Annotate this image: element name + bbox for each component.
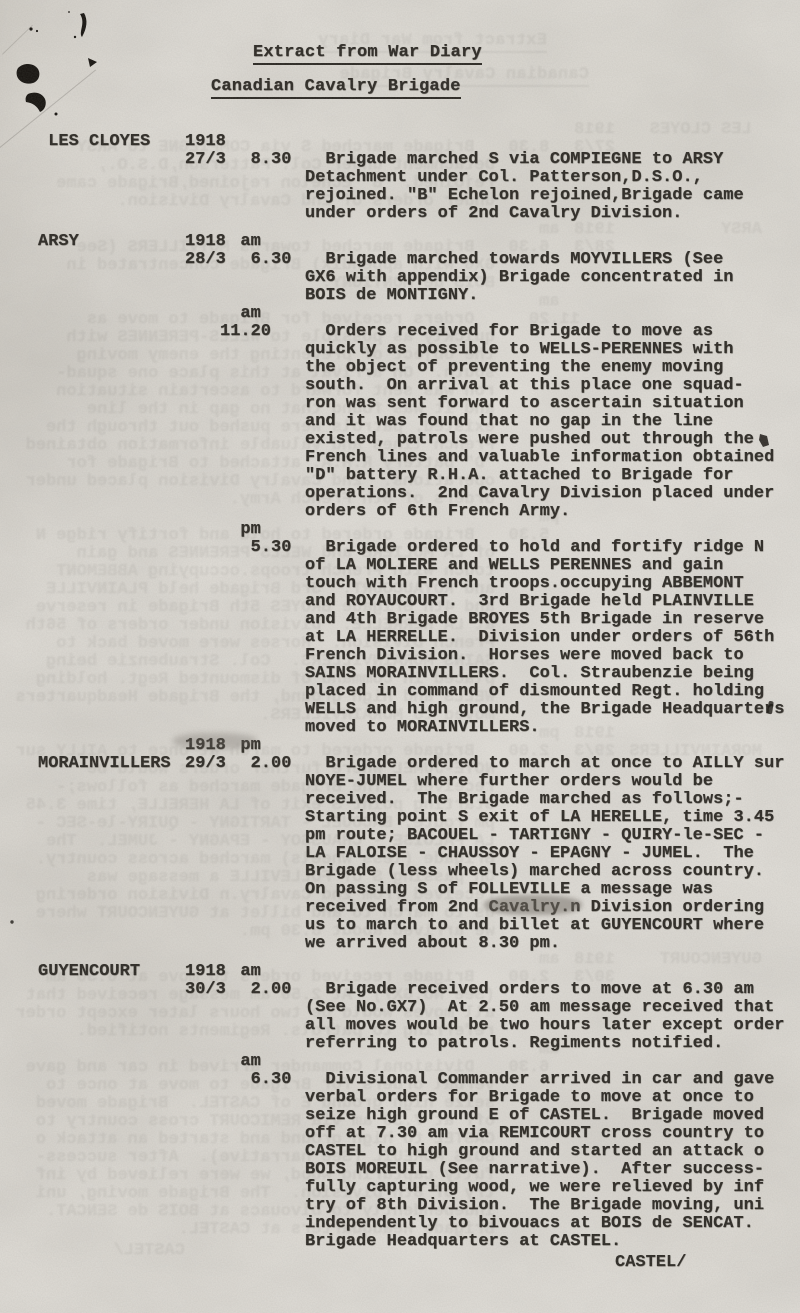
typewritten-text-layer: Extract from War Diary Canadian Cavalry … [0, 0, 800, 1313]
body-text: Brigade ordered to hold and fortify ridg… [305, 539, 764, 557]
diary-line: independently to bivouacs at BOIS de SEN… [0, 1215, 800, 1233]
catchword-footer: CASTEL/ [615, 1253, 686, 1272]
diary-line: On passing S of FOLLEVILLE a message was [0, 881, 800, 899]
body-text: south. On arrival at this place one squa… [305, 377, 744, 395]
body-text: WELLS and high ground, the Brigade Headq… [305, 701, 784, 719]
diary-line: received. The Brigade marched as follows… [0, 791, 800, 809]
diary-line: ARSY1918 am [0, 233, 800, 251]
body-text: CASTEL to high ground and started an att… [305, 1143, 764, 1161]
diary-line: am [0, 305, 800, 323]
diary-line: pm [0, 521, 800, 539]
diary-line: verbal orders for Brigade to move at onc… [0, 1089, 800, 1107]
diary-line: south. On arrival at this place one squa… [0, 377, 800, 395]
body-text: try of 8th Division. The Brigade moving,… [305, 1197, 764, 1215]
time-cell: 11.20 [220, 323, 271, 341]
diary-line: under orders of 2nd Cavalry Division. [0, 205, 800, 223]
date-cell: 1918 [185, 133, 226, 151]
body-text: French Division. Horses were moved back … [305, 647, 744, 665]
body-text: of LA MOLIERE and WELLS PERENNES and gai… [305, 557, 723, 575]
war-diary-page: Extract from War Diary Canadian Cavalry … [0, 0, 800, 1313]
diary-line: off at 7.30 am via REMICOURT cross count… [0, 1125, 800, 1143]
diary-line: 6.30 Divisional Commander arrived in car… [0, 1071, 800, 1089]
diary-line: 30/3 2.00 Brigade received orders to mov… [0, 981, 800, 999]
time-cell: 8.30 [220, 151, 291, 169]
diary-line: and ROYAUCOURT. 3rd Brigade held PLAINVI… [0, 593, 800, 611]
body-text: NOYE-JUMEL where further orders would be [305, 773, 713, 791]
diary-line: quickly as possible to WELLS-PERENNES wi… [0, 341, 800, 359]
body-text: off at 7.30 am via REMICOURT cross count… [305, 1125, 764, 1143]
diary-line: we arrived about 8.30 pm. [0, 935, 800, 953]
diary-line: 5.30 Brigade ordered to hold and fortify… [0, 539, 800, 557]
time-cell: pm [220, 521, 261, 539]
body-text: placed in command of dismounted Regt. ho… [305, 683, 764, 701]
body-text: ron was sent forward to ascertain situat… [305, 395, 744, 413]
diary-line: "D" battery R.H.A. attached to Brigade f… [0, 467, 800, 485]
diary-line: 11.20 Orders received for Brigade to mov… [0, 323, 800, 341]
body-text: seize high ground E of CASTEL. Brigade m… [305, 1107, 764, 1125]
body-text: existed, patrols were pushed out through… [305, 431, 754, 449]
body-text: the object of preventing the enemy movin… [305, 359, 723, 377]
diary-line: French Division. Horses were moved back … [0, 647, 800, 665]
diary-line: LES CLOYES1918 [0, 133, 800, 151]
body-text: French lines and valuable information ob… [305, 449, 774, 467]
diary-line: us to march to and billet at GUYENCOURT … [0, 917, 800, 935]
diary-line: seize high ground E of CASTEL. Brigade m… [0, 1107, 800, 1125]
body-text: received from 2nd Cavalry.n Division ord… [305, 899, 764, 917]
diary-line: GUYENCOURT1918 am [0, 963, 800, 981]
body-text: GX6 with appendix) Brigade concentrated … [305, 269, 733, 287]
body-text: under orders of 2nd Cavalry Division. [305, 205, 682, 223]
body-text: orders of 6th French Army. [305, 503, 570, 521]
body-text: moved to MORAINVILLERS. [305, 719, 540, 737]
document-title: Extract from War Diary [253, 43, 482, 65]
diary-line: and 4th Brigade BROYES 5th Brigade in re… [0, 611, 800, 629]
body-text: Divisional Commander arrived in car and … [305, 1071, 774, 1089]
body-text: all moves would be two hours later excep… [305, 1017, 784, 1035]
diary-line: Starting point S exit of LA HERELLE, tim… [0, 809, 800, 827]
body-text: Brigade received orders to move at 6.30 … [305, 981, 754, 999]
time-cell: 2.00 [220, 755, 291, 773]
diary-line: fully capturing wood, we were relieved b… [0, 1179, 800, 1197]
body-text: (See No.GX7) At 2.50 am message received… [305, 999, 774, 1017]
diary-line: BOIS de MONTIGNY. [0, 287, 800, 305]
body-text: SAINS MORAINVILLERS. Col. Straubenzie be… [305, 665, 754, 683]
body-text: and ROYAUCOURT. 3rd Brigade held PLAINVI… [305, 593, 754, 611]
body-text: touch with French troops.occupying ABBEM… [305, 575, 744, 593]
body-text: Starting point S exit of LA HERELLE, tim… [305, 809, 774, 827]
body-text: verbal orders for Brigade to move at onc… [305, 1089, 754, 1107]
body-text: "D" battery R.H.A. attached to Brigade f… [305, 467, 733, 485]
diary-line: moved to MORAINVILLERS. [0, 719, 800, 737]
diary-line: GX6 with appendix) Brigade concentrated … [0, 269, 800, 287]
time-cell: 5.30 [220, 539, 291, 557]
diary-line: pm route; BACOUEL - TARTIGNY - QUIRY-le-… [0, 827, 800, 845]
diary-lines: LES CLOYES191827/3 8.30 Brigade marched … [0, 133, 800, 1251]
diary-line: LA FALOISE - CHAUSSOY - EPAGNY - JUMEL. … [0, 845, 800, 863]
diary-line: 1918 pm [0, 737, 800, 755]
body-text: rejoined. "B" Echelon rejoined,Brigade c… [305, 187, 744, 205]
body-text: Brigade marched S via COMPIEGNE to ARSY [305, 151, 723, 169]
diary-line: try of 8th Division. The Brigade moving,… [0, 1197, 800, 1215]
diary-line: BOIS MOREUIL (See narrative). After succ… [0, 1161, 800, 1179]
diary-line: Brigade (less wheels) marched across cou… [0, 863, 800, 881]
body-text: us to march to and billet at GUYENCOURT … [305, 917, 764, 935]
diary-line: CASTEL to high ground and started an att… [0, 1143, 800, 1161]
body-text: at LA HERRELLE. Division under orders of… [305, 629, 774, 647]
time-cell: 6.30 [220, 1071, 291, 1089]
time-cell: 2.00 [220, 981, 291, 999]
body-text: pm route; BACOUEL - TARTIGNY - QUIRY-le-… [305, 827, 764, 845]
body-text: Brigade Headquarters at CASTEL. [305, 1233, 621, 1251]
diary-line: WELLS and high ground, the Brigade Headq… [0, 701, 800, 719]
diary-line: (See No.GX7) At 2.50 am message received… [0, 999, 800, 1017]
body-text: we arrived about 8.30 pm. [305, 935, 560, 953]
body-text: BOIS MOREUIL (See narrative). After succ… [305, 1161, 764, 1179]
body-text: Orders received for Brigade to move as [305, 323, 713, 341]
diary-line: orders of 6th French Army. [0, 503, 800, 521]
diary-line: 27/3 8.30 Brigade marched S via COMPIEGN… [0, 151, 800, 169]
diary-line: the object of preventing the enemy movin… [0, 359, 800, 377]
time-cell: am [220, 233, 261, 251]
time-cell: am [220, 305, 261, 323]
diary-line: SAINS MORAINVILLERS. Col. Straubenzie be… [0, 665, 800, 683]
diary-line: NOYE-JUMEL where further orders would be [0, 773, 800, 791]
body-text: Detachment under Col. Patterson,D.S.O., [305, 169, 703, 187]
diary-line: ron was sent forward to ascertain situat… [0, 395, 800, 413]
diary-line: and it was found that no gap in the line [0, 413, 800, 431]
diary-line: am [0, 1053, 800, 1071]
body-text: and 4th Brigade BROYES 5th Brigade in re… [305, 611, 764, 629]
body-text: Brigade ordered to march at once to AILL… [305, 755, 784, 773]
body-text: LA FALOISE - CHAUSSOY - EPAGNY - JUMEL. … [305, 845, 754, 863]
diary-line: at LA HERRELLE. Division under orders of… [0, 629, 800, 647]
diary-line: MORAINVILLERS29/3 2.00 Brigade ordered t… [0, 755, 800, 773]
body-text: fully capturing wood, we were relieved b… [305, 1179, 764, 1197]
body-text: received. The Brigade marched as follows… [305, 791, 744, 809]
body-text: referring to patrols. Regiments notified… [305, 1035, 723, 1053]
place-cell: ARSY [38, 233, 79, 251]
time-cell: am [220, 963, 261, 981]
diary-line: referring to patrols. Regiments notified… [0, 1035, 800, 1053]
diary-line: all moves would be two hours later excep… [0, 1017, 800, 1035]
diary-line: touch with French troops.occupying ABBEM… [0, 575, 800, 593]
diary-line: existed, patrols were pushed out through… [0, 431, 800, 449]
time-cell: 6.30 [220, 251, 291, 269]
place-cell: GUYENCOURT [38, 963, 140, 981]
diary-line: Brigade Headquarters at CASTEL. [0, 1233, 800, 1251]
body-text: quickly as possible to WELLS-PERENNES wi… [305, 341, 733, 359]
body-text: independently to bivouacs at BOIS de SEN… [305, 1215, 754, 1233]
diary-line: placed in command of dismounted Regt. ho… [0, 683, 800, 701]
body-text: BOIS de MONTIGNY. [305, 287, 478, 305]
body-text: and it was found that no gap in the line [305, 413, 713, 431]
diary-line: received from 2nd Cavalry.n Division ord… [0, 899, 800, 917]
place-cell: LES CLOYES [38, 133, 150, 151]
diary-line: operations. 2nd Cavalry Division placed … [0, 485, 800, 503]
body-text: Brigade (less wheels) marched across cou… [305, 863, 764, 881]
diary-line: of LA MOLIERE and WELLS PERENNES and gai… [0, 557, 800, 575]
place-cell: MORAINVILLERS [38, 755, 171, 773]
time-cell: pm [220, 737, 261, 755]
diary-line: rejoined. "B" Echelon rejoined,Brigade c… [0, 187, 800, 205]
document-subtitle: Canadian Cavalry Brigade [211, 77, 461, 99]
body-text: On passing S of FOLLEVILLE a message was [305, 881, 713, 899]
time-cell: am [220, 1053, 261, 1071]
diary-line: Detachment under Col. Patterson,D.S.O., [0, 169, 800, 187]
diary-line: 28/3 6.30 Brigade marched towards MOYVIL… [0, 251, 800, 269]
body-text: Brigade marched towards MOYVILLERS (See [305, 251, 723, 269]
body-text: operations. 2nd Cavalry Division placed … [305, 485, 774, 503]
diary-line: French lines and valuable information ob… [0, 449, 800, 467]
